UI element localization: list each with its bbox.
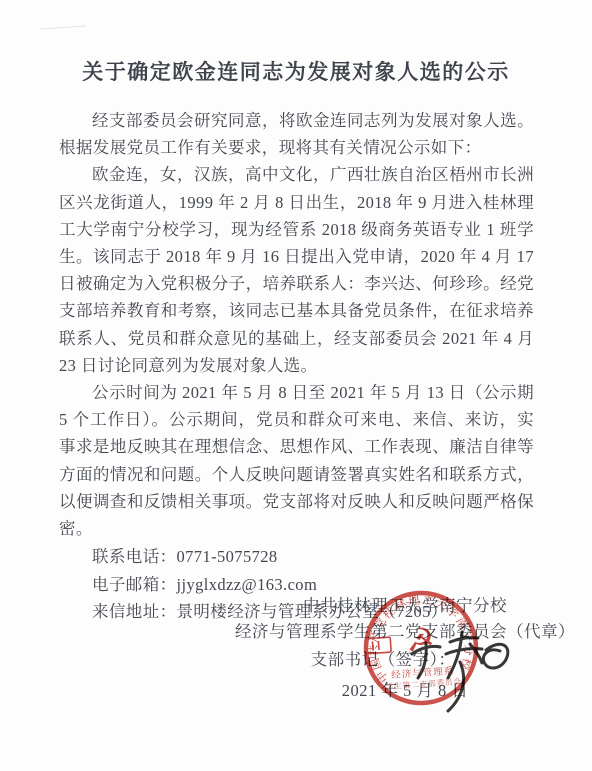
- contact-email-value: jjyglxdzz@163.com: [177, 575, 318, 594]
- signature-signer-label: 支部书记（签字）：: [218, 646, 548, 670]
- contact-phone-value: 0771-5075728: [177, 547, 278, 566]
- signature-date: 2021 年 5 月 8 日: [240, 677, 570, 701]
- contact-email-label: 电子邮箱：: [92, 575, 177, 594]
- signature-org-line1: 中共桂林理工大学南宁分校: [240, 592, 570, 616]
- paragraph-notice-period: 公示时间为 2021 年 5 月 8 日至 2021 年 5 月 13 日（公示…: [59, 379, 534, 542]
- document-title: 关于确定欧金连同志为发展对象人选的公示: [0, 56, 592, 86]
- contact-address-label: 来信地址：: [92, 602, 177, 621]
- paragraph-intro: 经支部委员会研究同意，将欧金连同志列为发展对象人选。根据发展党员工作有关要求，现…: [59, 107, 534, 161]
- contact-phone: 联系电话：0771-5075728: [59, 543, 534, 570]
- paragraph-profile: 欧金连，女，汉族，高中文化，广西壮族自治区梧州市长洲区兴龙街道人，1999 年 …: [59, 161, 534, 379]
- signature-org-line2: 经济与管理系学生第二党支部委员会（代章）: [210, 618, 592, 642]
- scan-scratch-artifact: [40, 25, 86, 29]
- contact-phone-label: 联系电话：: [92, 547, 177, 566]
- document-page: 关于确定欧金连同志为发展对象人选的公示 经支部委员会研究同意，将欧金连同志列为发…: [0, 0, 592, 771]
- document-body: 经支部委员会研究同意，将欧金连同志列为发展对象人选。根据发展党员工作有关要求，现…: [59, 107, 534, 625]
